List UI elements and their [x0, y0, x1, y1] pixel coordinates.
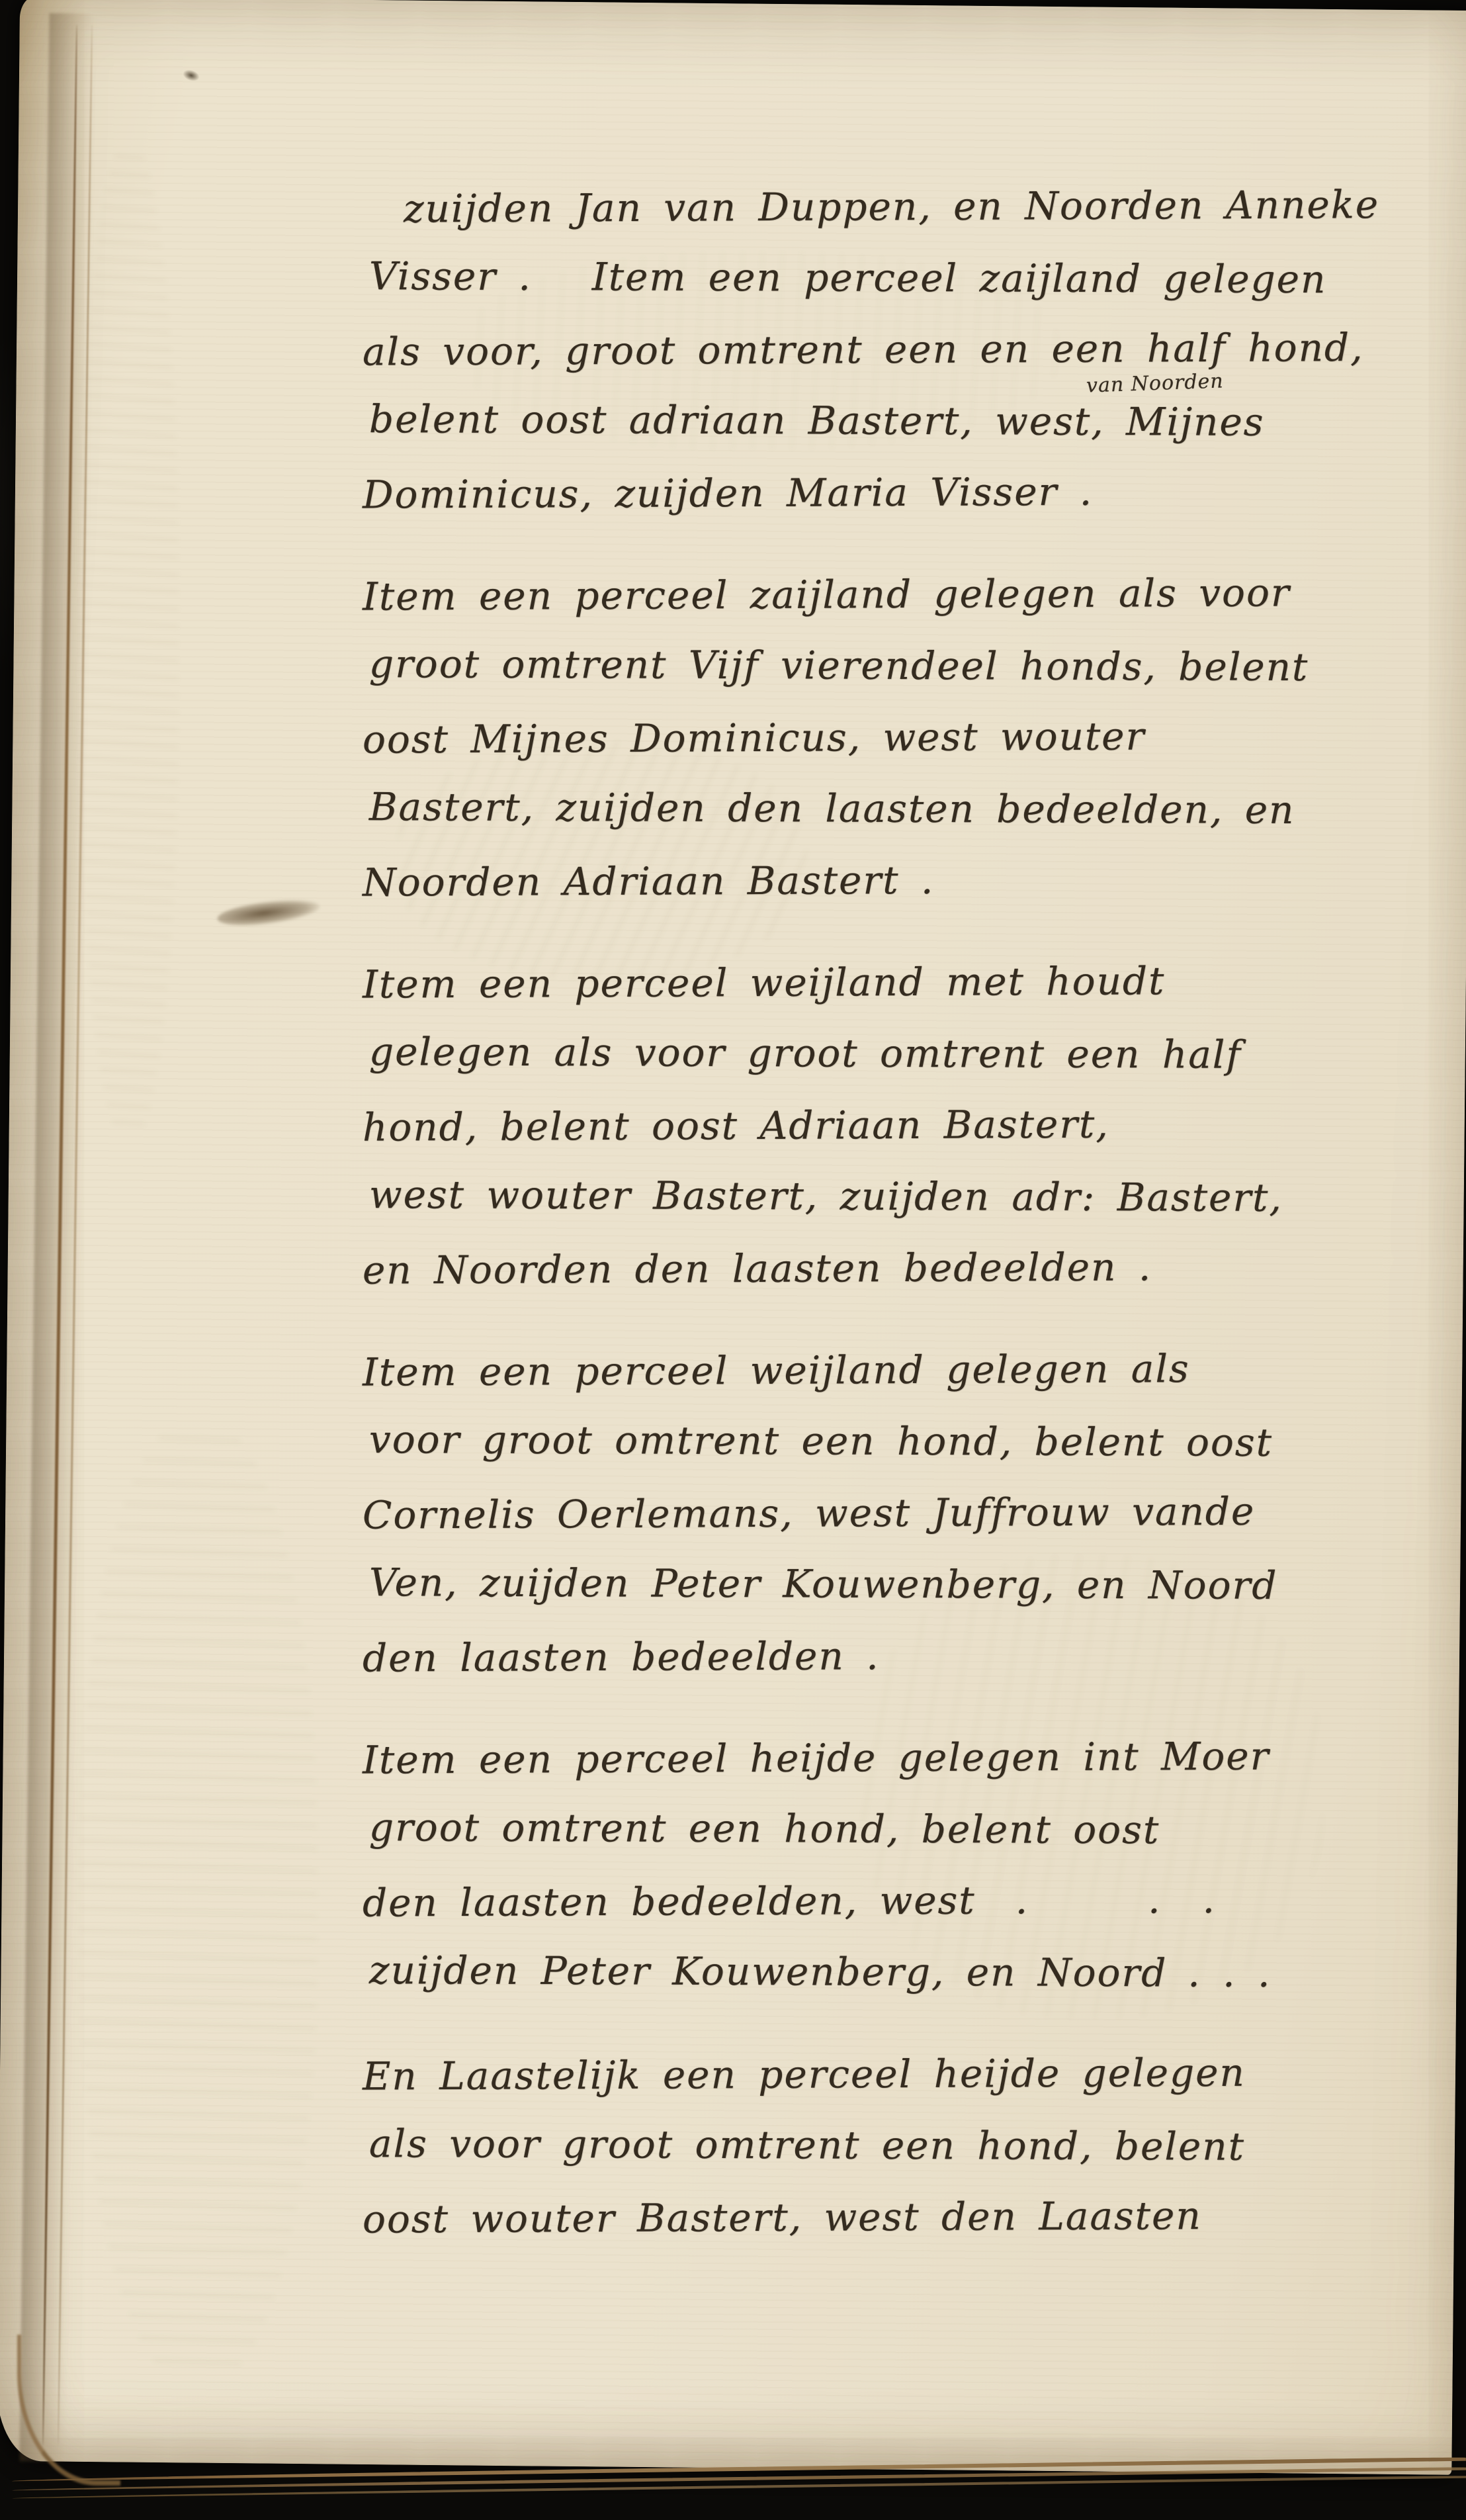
manuscript-line: den laasten bedeelden, west . . .: [363, 1862, 1461, 1938]
manuscript-line: als voor groot omtrent een hond, belent: [369, 2108, 1461, 2183]
paragraph: Item een perceel heijde gelegen int Moer…: [363, 1722, 1461, 2008]
interlinear-note: van Noorden: [1086, 369, 1224, 397]
manuscript-line: den laasten bedeelden .: [363, 1617, 1461, 1693]
bleedthrough-ghost: [79, 1423, 318, 2382]
paragraph: zuijden Jan van Duppen, en Noorden Annek…: [363, 171, 1461, 528]
manuscript-line: en Noorden den laasten bedeelden .: [363, 1230, 1461, 1306]
manuscript-line: Item een perceel weijland gelegen als: [363, 1331, 1461, 1408]
manuscript-line: Ven, zuijden Peter Kouwenberg, en Noord: [369, 1547, 1461, 1622]
manuscript-line: Item een perceel weijland met houdt: [363, 944, 1461, 1020]
manuscript-line: groot omtrent Vijf vierendeel honds, bel…: [369, 628, 1461, 703]
manuscript-line: oost Mijnes Dominicus, west wouter: [363, 699, 1461, 775]
paragraph: Item een perceel weijland gelegen alsvoo…: [363, 1334, 1461, 1691]
manuscript-line: oost wouter Bastert, west den Laasten: [363, 2179, 1461, 2255]
paragraph: En Laastelijk een perceel heijde gelegen…: [363, 2038, 1461, 2253]
manuscript-line: zuijden Peter Kouwenberg, en Noord . . .: [369, 1934, 1461, 2010]
manuscript-line: gelegen als voor groot omtrent een half: [369, 1016, 1461, 1091]
manuscript-line: En Laastelijk een perceel heijde gelegen: [363, 2036, 1461, 2112]
paragraph: Item een perceel zaijland gelegen als vo…: [363, 559, 1461, 916]
manuscript-line: Cornelis Oerlemans, west Juffrouw vande: [363, 1474, 1461, 1551]
manuscript-line: Noorden Adriaan Bastert .: [363, 842, 1461, 918]
manuscript-line: zuijden Jan van Duppen, en Noorden Annek…: [404, 169, 1461, 245]
manuscript-line: Item een perceel zaijland gelegen als vo…: [363, 556, 1461, 632]
paragraph: Item een perceel weijland met houdtgeleg…: [363, 946, 1461, 1304]
manuscript-line: hond, belent oost Adriaan Bastert,: [363, 1087, 1461, 1163]
manuscript-photo: zuijden Jan van Duppen, en Noorden Annek…: [0, 0, 1466, 2520]
manuscript-line: als voor, groot omtrent een en een half …: [363, 311, 1461, 387]
manuscript-line: groot omtrent een hond, belent oost: [369, 1791, 1461, 1867]
manuscript-line: Bastert, zuijden den laasten bedeelden, …: [369, 771, 1461, 846]
manuscript-line: voor groot omtrent een hond, belent oost: [369, 1404, 1461, 1479]
manuscript-line: Item een perceel heijde gelegen int Moer: [363, 1719, 1461, 1795]
text-block: zuijden Jan van Duppen, en Noorden Annek…: [363, 171, 1461, 2253]
manuscript-line: west wouter Bastert, zuijden adr: Baster…: [369, 1159, 1461, 1234]
bleedthrough-ghost: [79, 146, 179, 1138]
manuscript-line: Visser . Item een perceel zaijland geleg…: [369, 240, 1461, 316]
manuscript-line: belent oost adriaan Bastert, west, Mijne…: [369, 383, 1461, 459]
manuscript-line: Dominicus, zuijden Maria Visser .: [363, 454, 1461, 530]
